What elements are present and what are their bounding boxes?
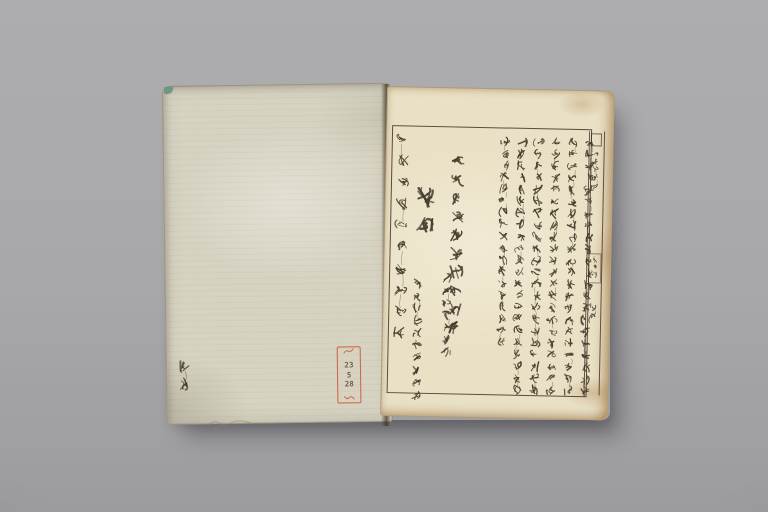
publisher-name-column [409, 276, 427, 405]
corner-damage-spot [164, 87, 173, 94]
book: 23 5 28 [0, 0, 768, 512]
hashira-volume [589, 254, 601, 282]
stamp-mark-bottom-icon [342, 394, 356, 401]
stamp-date: 23 5 28 [344, 360, 353, 389]
main-text-block [388, 87, 614, 92]
left-page: 23 5 28 [162, 83, 393, 425]
handwritten-note [177, 359, 195, 397]
hashira-page-number [588, 301, 600, 324]
publisher-address-column [439, 270, 456, 362]
photo-background: 23 5 28 [0, 0, 768, 512]
publisher-heading [414, 185, 440, 246]
stamp-date-part: 5 [344, 370, 353, 380]
acquisition-stamp: 23 5 28 [337, 346, 362, 403]
stamp-mark-top-icon [342, 348, 356, 355]
faint-scribble [206, 416, 260, 431]
hashira-title [591, 148, 603, 192]
stamp-date-part: 23 [344, 360, 353, 370]
right-page [380, 86, 615, 421]
hashira-volume-box [587, 253, 601, 283]
stamp-date-part: 28 [345, 380, 354, 390]
hashira-marker-box [591, 133, 602, 146]
